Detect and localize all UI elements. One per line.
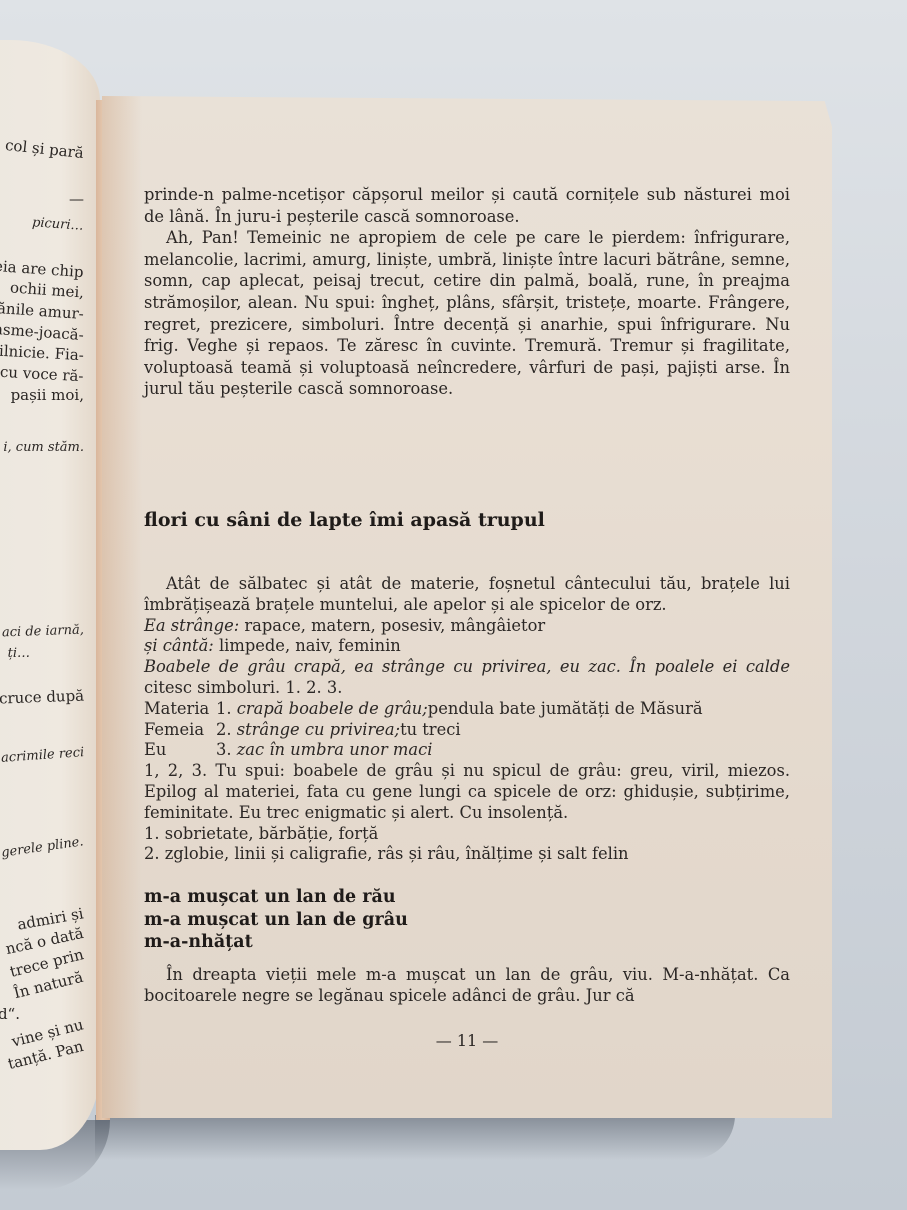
left-fragment: i, cum stăm. xyxy=(3,440,84,455)
left-fragment: — xyxy=(69,190,84,208)
row-italic: crapă boabele de grâu; xyxy=(237,699,428,720)
poem-line: Ea strânge: rapace, matern, posesiv, mân… xyxy=(144,616,790,637)
left-fragment: ți… xyxy=(8,646,30,661)
row-italic: strânge cu privirea; xyxy=(237,720,400,741)
row-number: 2. xyxy=(216,720,232,741)
row-label: Eu xyxy=(144,740,216,761)
row-label: Femeia xyxy=(144,720,216,741)
line-text: rapace, matern, posesiv, mângâietor xyxy=(239,616,545,635)
row-rest: tu treci xyxy=(400,720,461,741)
row-number: 1. xyxy=(216,699,232,720)
left-fragment: gerele pline. xyxy=(1,834,85,860)
closing-text: În dreapta vieții mele m-a mușcat un lan… xyxy=(144,964,790,1006)
left-fragment: ănile amur- xyxy=(0,299,85,323)
line-text: limpede, naiv, feminin xyxy=(214,636,401,655)
left-fragment: acrimile reci xyxy=(0,745,84,766)
paragraph: 1, 2, 3. Tu spui: boabele de grâu și nu … xyxy=(144,761,790,823)
italic-text: Boabele de grâu crapă, ea strânge cu pri… xyxy=(144,657,790,676)
verse-line: m-a-nhățat xyxy=(144,931,408,954)
poem-line: și cântă: limpede, naiv, feminin xyxy=(144,636,790,657)
numbered-item: 1. sobrietate, bărbăție, forță xyxy=(144,824,790,845)
bold-verse: m-a mușcat un lan de rău m-a mușcat un l… xyxy=(144,886,408,954)
paragraph: Atât de sălbatec și atât de materie, foș… xyxy=(144,574,790,616)
opening-text: prinde-n palme-ncetișor căpșorul meilor … xyxy=(144,184,790,400)
numbered-item: 2. zglobie, linii și caligrafie, râs și … xyxy=(144,844,790,865)
line-text: citesc simboluri. 1. 2. 3. xyxy=(144,678,342,697)
italic-label: și cântă: xyxy=(144,636,214,655)
left-fragment: eia are chip xyxy=(0,257,85,281)
verse-line: m-a mușcat un lan de rău xyxy=(144,886,408,909)
paragraph: prinde-n palme-ncetișor căpșorul meilor … xyxy=(144,184,790,227)
italic-label: Ea strânge: xyxy=(144,616,239,635)
right-page: prinde-n palme-ncetișor căpșorul meilor … xyxy=(102,96,832,1118)
left-fragment: asme-joacă- xyxy=(0,320,85,344)
left-fragment: ilnicie. Fia- xyxy=(0,342,84,364)
left-fragment: picuri… xyxy=(32,215,84,234)
left-fragment: pașii moi, xyxy=(11,386,84,404)
left-facing-page: col și pară — picuri… eia are chip ochii… xyxy=(0,40,100,1150)
left-fragment: d“. xyxy=(0,1005,20,1023)
section-heading: flori cu sâni de lapte îmi apasă trupul xyxy=(144,509,545,531)
left-fragment: cu voce ră- xyxy=(0,363,84,385)
left-fragment: col și pară xyxy=(4,136,84,162)
list-row: Femeia 2. strânge cu privirea; tu treci xyxy=(144,720,790,741)
page-shadow-bottom xyxy=(95,1115,735,1160)
left-fragment: cruce după xyxy=(0,687,84,708)
poem-section: Atât de sălbatec și atât de materie, foș… xyxy=(144,574,790,865)
row-rest: pendula bate jumătăți de Măsură xyxy=(428,699,703,720)
list-row: Materia 1. crapă boabele de grâu; pendul… xyxy=(144,699,790,720)
row-italic: zac în umbra unor maci xyxy=(237,740,433,761)
paragraph: În dreapta vieții mele m-a mușcat un lan… xyxy=(144,964,790,1006)
page-number: — 11 — xyxy=(102,1031,832,1050)
poem-line: Boabele de grâu crapă, ea strânge cu pri… xyxy=(144,657,790,699)
paragraph: Ah, Pan! Temeinic ne apropiem de cele pe… xyxy=(144,227,790,400)
left-fragment: ochii mei, xyxy=(9,278,84,301)
left-fragment: aci de iarnă, xyxy=(2,623,84,641)
list-row: Eu 3. zac în umbra unor maci xyxy=(144,740,790,761)
row-number: 3. xyxy=(216,740,232,761)
verse-line: m-a mușcat un lan de grâu xyxy=(144,909,408,932)
row-label: Materia xyxy=(144,699,216,720)
